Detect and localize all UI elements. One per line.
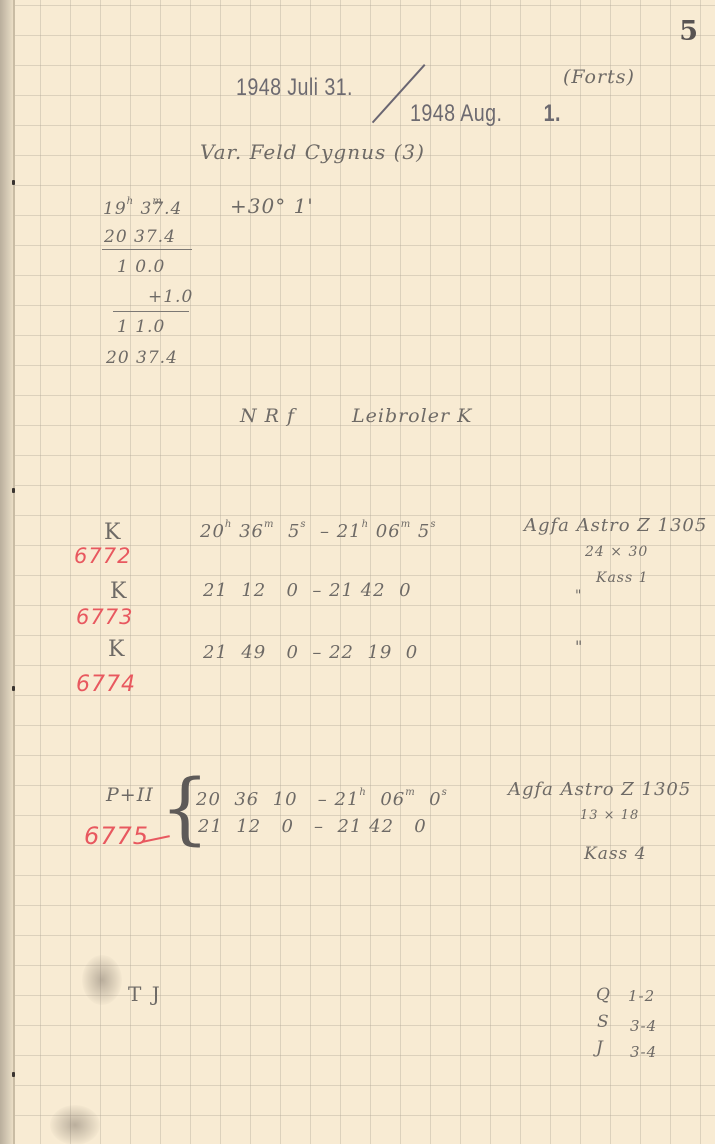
quality-range: 3-4 bbox=[630, 1017, 657, 1035]
binding-hole bbox=[12, 180, 15, 185]
calc-row-6: 20 37.4 bbox=[106, 348, 178, 368]
combined-exposure-line-1: 20 36 10 – 21h 06m 0s bbox=[196, 787, 448, 810]
plate-size-note: 24 × 30 bbox=[585, 544, 648, 560]
exposure-time: 21 12 0 – 21 42 0 bbox=[203, 580, 412, 601]
quality-range: 1-2 bbox=[628, 987, 655, 1005]
pencil-smudge bbox=[50, 1105, 100, 1144]
calc-row-2: 20 37.4 bbox=[104, 227, 176, 247]
binding-hole bbox=[12, 488, 15, 493]
quality-range: 3-4 bbox=[630, 1043, 657, 1061]
date-stamp-end-day: 1. bbox=[544, 100, 561, 127]
calc-row-3: 1 0.0 bbox=[117, 257, 165, 277]
date-stamp-end-month: 1948 Aug. bbox=[410, 100, 502, 127]
combined-filter: P+II bbox=[106, 784, 154, 806]
cassette-note: Kass 1 bbox=[596, 570, 649, 586]
section-title-right: Leibroler K bbox=[352, 405, 472, 427]
exposure-time: 20h 36m 5s – 21h 06m 5s bbox=[200, 519, 437, 542]
continuation-note: (Forts) bbox=[563, 66, 635, 88]
notebook-page: 5 1948 Juli 31. 1948 Aug. 1. (Forts) Var… bbox=[0, 0, 715, 1144]
plate-type-note: Agfa Astro Z 1305 bbox=[508, 779, 691, 800]
plate-type-note: Agfa Astro Z 1305 bbox=[524, 515, 707, 536]
plate-number: 6774 bbox=[76, 672, 136, 697]
plate-size-note: 13 × 18 bbox=[580, 808, 639, 823]
binding-hole bbox=[12, 686, 15, 691]
underline bbox=[102, 249, 192, 250]
cassette-note: Kass 4 bbox=[584, 844, 647, 864]
plate-number: 6773 bbox=[76, 605, 133, 629]
calc-row-1-dec: +30° 1' bbox=[230, 194, 314, 218]
binding-hole bbox=[12, 1072, 15, 1077]
binding-edge bbox=[13, 0, 15, 1144]
date-stamp-start: 1948 Juli 31. bbox=[236, 74, 353, 102]
quality-symbol: J bbox=[596, 1038, 604, 1058]
page-binding bbox=[0, 0, 14, 1144]
calc-row-4: +1.0 bbox=[148, 287, 193, 307]
quality-symbol: Q bbox=[596, 985, 611, 1005]
exposure-filter: K bbox=[104, 520, 121, 545]
plate-number: 6775 bbox=[84, 822, 149, 850]
calc-row-1-ra: 19h 37.4m bbox=[103, 196, 163, 219]
exposure-filter: K bbox=[110, 579, 127, 604]
exposure-filter: K bbox=[108, 637, 125, 662]
pencil-smudge bbox=[82, 955, 122, 1005]
calc-row-5: 1 1.0 bbox=[117, 317, 165, 337]
underline bbox=[113, 311, 189, 312]
combined-exposure-line-2: 21 12 0 – 21 42 0 bbox=[198, 816, 427, 837]
quality-symbol: S bbox=[597, 1012, 610, 1032]
plate-number: 6772 bbox=[74, 544, 131, 568]
section-title-left: N R f bbox=[240, 405, 295, 427]
footer-mark: T J bbox=[128, 985, 162, 1003]
exposure-time: 21 49 0 – 22 19 0 bbox=[203, 642, 418, 663]
date-stamp-end: 1948 Aug. 1. bbox=[410, 100, 561, 128]
page-number: 5 bbox=[679, 16, 698, 47]
ditto-mark: " bbox=[575, 637, 583, 656]
field-title: Var. Feld Cygnus (3) bbox=[200, 140, 425, 164]
ditto-mark: " bbox=[575, 588, 582, 604]
